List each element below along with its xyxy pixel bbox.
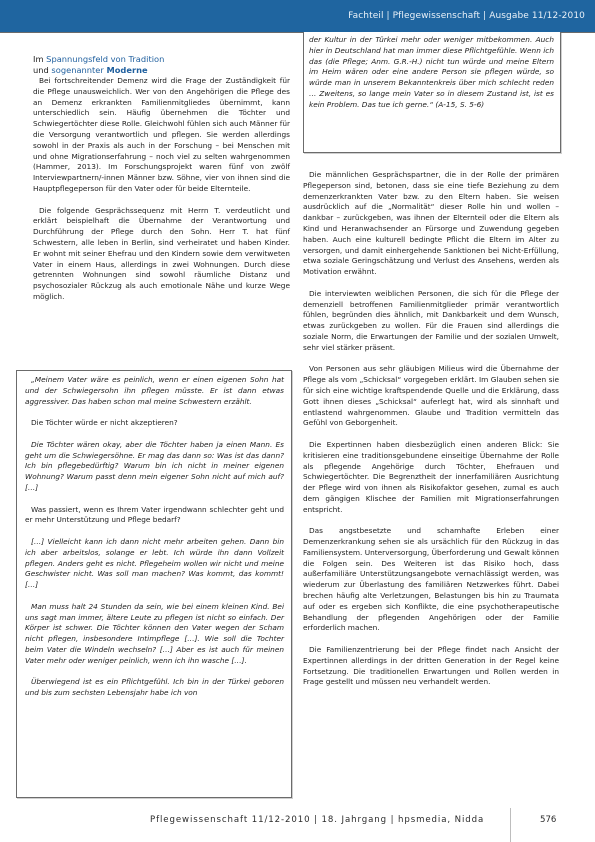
interview-question: Die Töchter würde er nicht akzeptieren? [25,418,284,429]
header-bar: Fachteil | Pflegewissenschaft | Ausgabe … [0,0,595,33]
interview-continuation-text: der Kultur in der Türkei mehr oder wenig… [309,35,554,111]
section-heading: Im Spannungsfeld von Tradition und sogen… [33,54,290,76]
interview-answer: Die Töchter wären okay, aber die Töchter… [25,440,284,494]
interview-box: „Meinem Vater wäre es peinlich, wenn er … [16,370,292,798]
interview-question: Was passiert, wenn es Ihrem Vater irgend… [25,505,284,527]
paragraph: Das angstbesetzte und schamhafte Erleben… [303,526,559,634]
publication-info: Pflegewissenschaft 11/12-2010 | 18. Jahr… [150,815,484,825]
paragraph: Bei fortschreitender Demenz wird die Fra… [33,76,290,195]
interview-box-continuation: der Kultur in der Türkei mehr oder wenig… [303,32,561,153]
paragraph: Die männlichen Gesprächspartner, die in … [303,170,559,278]
footer-divider [510,808,511,842]
page-footer: Pflegewissenschaft 11/12-2010 | 18. Jahr… [0,808,595,842]
heading-accent: Spannungsfeld von Tradition [46,54,164,64]
left-column: Im Spannungsfeld von Tradition und sogen… [33,54,290,303]
interview-answer: […] Vielleicht kann ich dann nicht mehr … [25,537,284,591]
paragraph: Von Personen aus sehr gläubigen Milieus … [303,364,559,429]
paragraph: Die Expertinnen haben diesbezüglich eine… [303,440,559,516]
paragraph: Die interviewten weiblichen Personen, di… [303,289,559,354]
interview-text: „Meinem Vater wäre es peinlich, wenn er … [25,375,284,699]
paragraph: Die folgende Gesprächssequenz mit Herrn … [33,206,290,303]
running-title: Fachteil | Pflegewissenschaft | Ausgabe … [348,11,585,21]
paragraph: Die Familienzentrierung bei der Pflege f… [303,645,559,688]
page-number: 576 [540,815,556,825]
interview-answer: „Meinem Vater wäre es peinlich, wenn er … [25,375,284,407]
interview-answer: Man muss halt 24 Stunden da sein, wie be… [25,602,284,667]
right-column: Die männlichen Gesprächspartner, die in … [303,170,559,688]
interview-answer: Überwiegend ist es ein Pflichtgefühl. Ic… [25,677,284,699]
